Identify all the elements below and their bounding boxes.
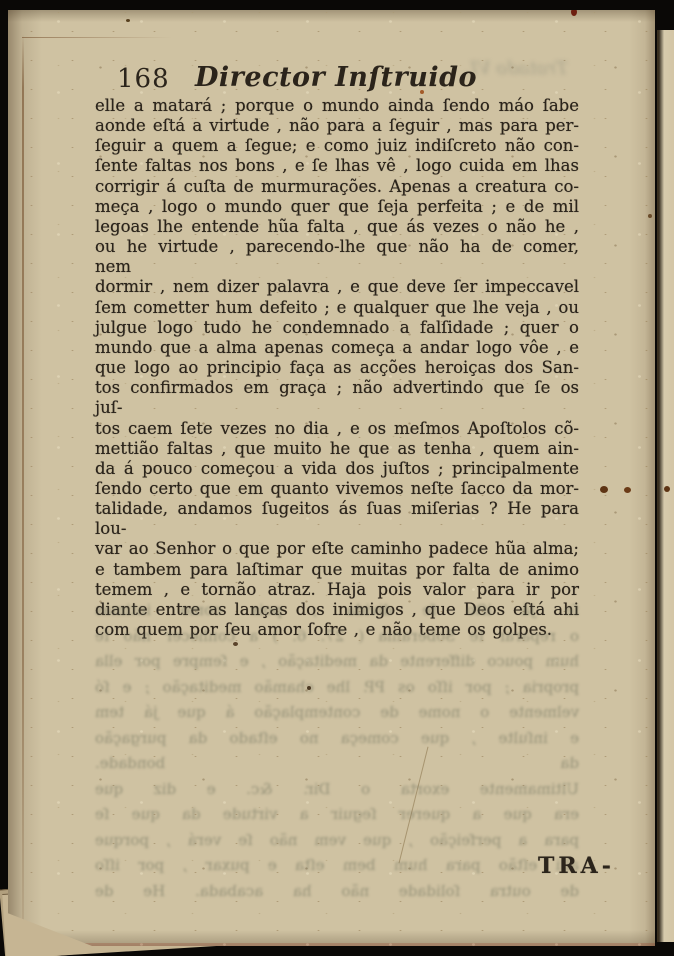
text-line: mundo que a alma apenas começa a andar l… <box>95 338 579 358</box>
ink-speck <box>126 19 130 22</box>
text-line: aonde eſtá a virtude , não para a ſeguir… <box>95 116 579 136</box>
text-line: talidade, andamos ſugeitos ás ſuas miſer… <box>95 499 579 539</box>
catchword: TRA- <box>538 853 615 879</box>
text-line: ſeguir a quem a ſegue; e como juiz indiſ… <box>95 136 579 156</box>
book-scan-photo: { "page": { "header": { "page_number": "… <box>0 0 674 956</box>
body-text-block: elle a matará ; porque o mundo ainda ſen… <box>95 96 579 640</box>
page-header: 168 Director Inſtruido <box>95 62 577 98</box>
running-title: Director Inſtruido <box>95 62 577 93</box>
text-line: tos confirmados em graça ; não advertind… <box>95 378 579 418</box>
ink-speck <box>307 686 311 690</box>
book-page: Tratado VI. 168 Director Inſtruido elle … <box>8 10 655 946</box>
text-line: meça , logo o mundo quer que ſeja perfei… <box>95 197 579 217</box>
ink-speck <box>648 214 652 218</box>
ink-speck <box>420 90 424 94</box>
ink-speck <box>624 487 631 493</box>
text-line: que logo ao principio faça as acções her… <box>95 358 579 378</box>
text-line: ſente faltas nos bons , e ſe lhas vê , l… <box>95 156 579 176</box>
text-line: mettião faltas , que muito he que as ten… <box>95 439 579 459</box>
text-line: tos caem ſete vezes no dia , e os meſmos… <box>95 419 579 439</box>
ink-speck <box>571 8 577 16</box>
top-crease <box>22 37 172 38</box>
text-line: e tambem para laſtimar que muitas por fa… <box>95 560 579 580</box>
ink-speck <box>233 642 238 646</box>
text-line: dormir , nem dizer palavra , e que deve … <box>95 277 579 297</box>
text-line: da á pouco começou a vida dos juſtos ; p… <box>95 459 579 479</box>
show-through-text: ſe já iſto ſe divida ; pois como intimas… <box>95 598 579 904</box>
text-line: ou he virtude , parecendo-lhe que não ha… <box>95 237 579 277</box>
text-line: temem , e tornão atraz. Haja pois valor … <box>95 580 579 600</box>
text-line: ſendo certo que em quanto vivemos neſte … <box>95 479 579 499</box>
text-line: ſem cometter hum defeito ; e qualquer qu… <box>95 298 579 318</box>
text-line: var ao Senhor o que por eſte caminho pad… <box>95 539 579 559</box>
gutter-crease <box>22 34 24 930</box>
ink-speck <box>664 486 670 492</box>
text-line: elle a matará ; porque o mundo ainda ſen… <box>95 96 579 116</box>
text-line: julgue logo tudo he condemnado a falſida… <box>95 318 579 338</box>
text-line: corrigir á cuſta de murmurações. Apenas … <box>95 177 579 197</box>
text-line: legoas lhe entende hũa falta , que ás ve… <box>95 217 579 237</box>
ink-speck <box>600 486 608 493</box>
